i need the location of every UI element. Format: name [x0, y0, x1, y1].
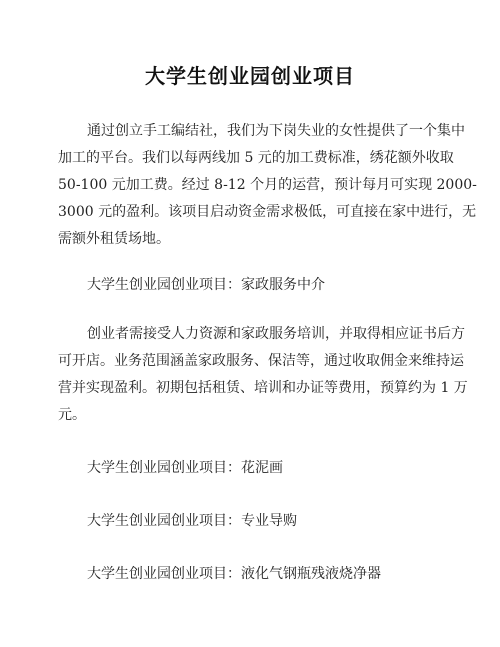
paragraph-line: 3000 元的盈利。该项目启动资金需求极低，可直接在家中进行，无 [58, 203, 476, 221]
paragraph-line: 50-100 元加工费。经过 8-12 个月的运营，预计每月可实现 2000- [58, 176, 477, 194]
section-heading-gas-cylinder-purifier: 大学生创业园创业项目：液化气钢瓶残液烧净器 [87, 565, 381, 583]
paragraph-line: 需额外租赁场地。 [58, 230, 170, 248]
section-heading-flower-mud-painting: 大学生创业园创业项目：花泥画 [87, 459, 283, 477]
paragraph-line: 通过创立手工编结社，我们为下岗失业的女性提供了一个集中 [87, 122, 465, 140]
section-heading-housekeeping: 大学生创业园创业项目：家政服务中介 [87, 276, 325, 294]
document-title: 大学生创业园创业项目 [0, 60, 500, 89]
section-heading-shopping-guide: 大学生创业园创业项目：专业导购 [87, 512, 297, 530]
paragraph-line: 加工的平台。我们以每两线加 5 元的加工费标准，绣花额外收取 [58, 149, 454, 167]
paragraph-line: 元。 [58, 406, 86, 424]
paragraph-line: 可开店。业务范围涵盖家政服务、保洁等，通过收取佣金来维持运 [58, 352, 464, 370]
paragraph-line: 营并实现盈利。初期包括租赁、培训和办证等费用，预算约为 1 万 [58, 379, 468, 397]
document-page: 大学生创业园创业项目 通过创立手工编结社，我们为下岗失业的女性提供了一个集中 加… [0, 0, 500, 647]
paragraph-line: 创业者需接受人力资源和家政服务培训，并取得相应证书后方 [87, 325, 465, 343]
